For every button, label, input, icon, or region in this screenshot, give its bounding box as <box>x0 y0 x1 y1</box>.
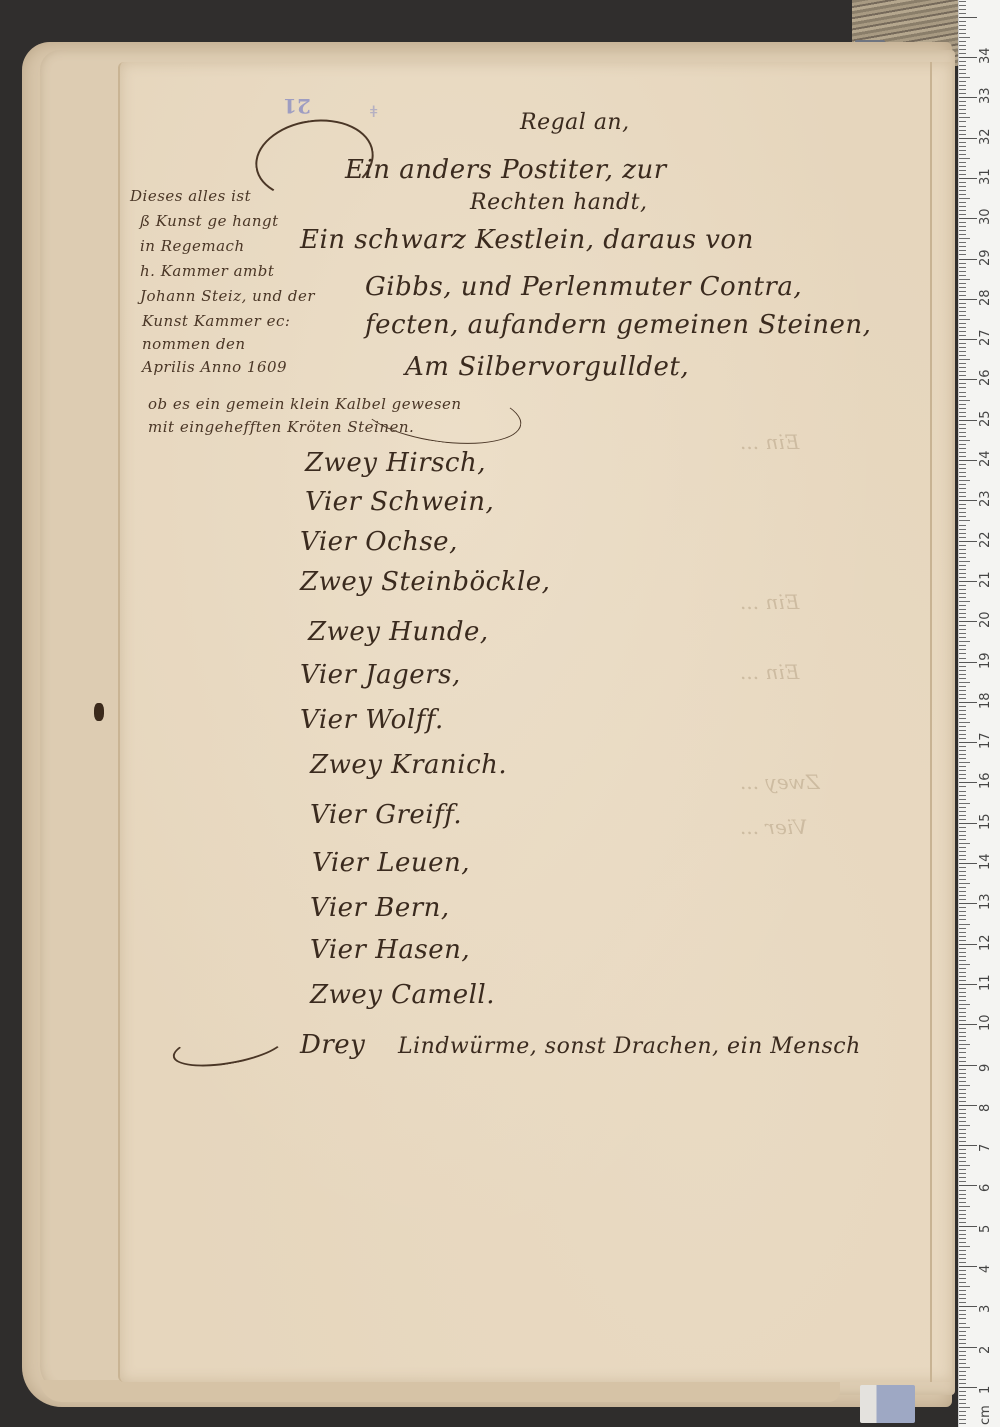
ruler-tick <box>959 1129 966 1130</box>
ruler-tick <box>959 1246 970 1247</box>
bleedthrough-line: Ein ... <box>740 430 799 454</box>
ruler-tick <box>959 1214 966 1215</box>
ruler-tick <box>959 126 966 127</box>
list-item: Zwey Kranich. <box>310 750 507 780</box>
ruler-tick <box>959 972 966 973</box>
ruler-tick <box>959 476 966 477</box>
ruler-tick <box>959 275 966 276</box>
ruler-tick <box>959 33 966 34</box>
ruler-tick <box>959 408 966 409</box>
bleedthrough-line: Zwey ... <box>740 770 820 794</box>
ruler-tick <box>959 859 966 860</box>
ruler-tick <box>959 1419 966 1420</box>
ruler-tick <box>959 1101 966 1102</box>
ruler-tick <box>959 1125 970 1126</box>
ruler-tick <box>959 629 966 630</box>
ruler-tick <box>959 400 970 401</box>
ruler-tick <box>959 170 966 171</box>
ruler-label: 17 <box>978 727 993 749</box>
ruler-tick <box>959 291 966 292</box>
ruler-tick <box>959 968 966 969</box>
ruler-tick <box>959 605 966 606</box>
ruler-tick <box>959 738 966 739</box>
ruler-tick <box>959 259 977 260</box>
ruler-tick <box>959 520 970 521</box>
ruler-tick <box>959 452 966 453</box>
ruler-tick <box>959 444 966 445</box>
ruler-tick <box>959 1282 966 1283</box>
ruler-tick <box>959 734 966 735</box>
ruler-tick <box>959 698 966 699</box>
ruler-tick <box>959 1375 966 1376</box>
ruler-tick <box>959 1222 966 1223</box>
ruler-tick <box>959 319 970 320</box>
ruler-tick <box>959 254 966 255</box>
ruler-tick <box>959 29 966 30</box>
ruler-tick <box>959 113 966 114</box>
ruler-tick <box>959 1040 966 1041</box>
ruler-tick <box>959 331 966 332</box>
ruler-tick <box>959 1109 966 1110</box>
heading-line-1: Ein anders Postiter, zur <box>345 155 667 185</box>
ruler-tick <box>959 613 966 614</box>
ruler-label: 26 <box>978 364 993 386</box>
ruler-tick <box>959 182 966 183</box>
ruler-tick <box>959 976 966 977</box>
ruler-tick <box>959 1169 966 1170</box>
bleedthrough-line: Vier ... <box>740 815 807 839</box>
ruler-tick <box>959 355 966 356</box>
ruler-tick <box>959 387 966 388</box>
ruler-tick <box>959 242 966 243</box>
ruler-tick <box>959 774 966 775</box>
ruler-tick <box>959 984 977 985</box>
ruler-tick <box>959 1230 966 1231</box>
ruler-tick <box>959 464 966 465</box>
ruler-tick <box>959 1407 970 1408</box>
ruler-tick <box>959 174 966 175</box>
ruler-tick <box>959 1012 966 1013</box>
list-item: Zwey Hunde, <box>308 617 489 647</box>
ruler-tick <box>959 1141 966 1142</box>
ruler-tick <box>959 492 966 493</box>
ruler-tick <box>959 1016 966 1017</box>
ruler-tick <box>959 706 966 707</box>
ruler-tick <box>959 210 966 211</box>
ruler-tick <box>959 992 966 993</box>
ruler-tick <box>959 500 977 501</box>
ruler-label: 11 <box>978 969 993 991</box>
ruler-tick <box>959 5 966 6</box>
ruler-tick <box>959 1052 966 1053</box>
ruler-tick <box>959 1177 966 1178</box>
ruler-tick <box>959 1097 966 1098</box>
ruler-unit-label: cm <box>978 1403 993 1425</box>
ruler-label: 8 <box>978 1090 993 1112</box>
ruler-label: 16 <box>978 767 993 789</box>
ruler-label: 10 <box>978 1009 993 1031</box>
ruler-tick <box>959 1190 966 1191</box>
ruler-tick <box>959 226 966 227</box>
ruler-label: 25 <box>978 405 993 427</box>
ruler-tick <box>959 1274 966 1275</box>
ruler-tick <box>959 1371 966 1372</box>
ruler-tick <box>959 645 966 646</box>
ruler-tick <box>959 658 966 659</box>
margin-note-line: Kunst Kammer ec: <box>142 312 290 330</box>
ruler-tick <box>959 879 966 880</box>
ruler-tick <box>959 130 966 131</box>
ruler-tick <box>959 1000 966 1001</box>
ruler-tick <box>959 674 966 675</box>
heading-line-2: Rechten handt, <box>470 190 647 215</box>
ruler-tick <box>959 1306 977 1307</box>
ruler-tick <box>959 1117 966 1118</box>
ruler-tick <box>959 1032 966 1033</box>
ruler-tick <box>959 1411 966 1412</box>
final-line-text: Lindwürme, sonst Drachen, ein Mensch <box>398 1034 861 1059</box>
ruler-tick <box>959 150 966 151</box>
margin-note-line: in Regemach <box>140 237 245 255</box>
ruler-tick <box>959 1113 966 1114</box>
ruler-tick <box>959 267 966 268</box>
ruler-tick <box>959 49 966 50</box>
ruler-tick <box>959 250 966 251</box>
ruler-tick <box>959 1218 966 1219</box>
ruler-tick <box>959 1165 970 1166</box>
ruler-tick <box>959 766 966 767</box>
ruler-tick <box>959 549 966 550</box>
ruler-label: 12 <box>978 929 993 951</box>
ruler-tick <box>959 1085 970 1086</box>
ruler-tick <box>959 758 966 759</box>
ruler-label: 28 <box>978 284 993 306</box>
ruler-tick <box>959 1323 966 1324</box>
ruler-label: 2 <box>978 1332 993 1354</box>
stamp-mark: ǂ <box>370 102 377 121</box>
ruler-tick <box>959 1290 966 1291</box>
ruler-tick <box>959 533 966 534</box>
ruler-tick <box>959 1181 966 1182</box>
ruler-tick <box>959 1327 970 1328</box>
ruler-tick <box>959 964 970 965</box>
ruler-tick <box>959 1121 966 1122</box>
ruler-tick <box>959 323 966 324</box>
ruler-tick <box>959 440 970 441</box>
margin-note-line: Dieses alles ist <box>130 187 251 205</box>
ruler-tick <box>959 263 966 264</box>
ruler-tick <box>959 682 970 683</box>
ruler-tick <box>959 1153 966 1154</box>
ruler-label: 22 <box>978 526 993 548</box>
ruler-label: 31 <box>978 163 993 185</box>
ruler-label: 27 <box>978 324 993 346</box>
ruler-tick <box>959 379 977 380</box>
ruler-tick <box>959 867 966 868</box>
ruler-tick <box>959 589 966 590</box>
ruler-tick <box>959 436 966 437</box>
ruler-tick <box>959 246 966 247</box>
ruler-tick <box>959 37 970 38</box>
ruler-tick <box>959 206 966 207</box>
ruler-label: 29 <box>978 244 993 266</box>
ruler-tick <box>959 690 966 691</box>
ruler-tick <box>959 956 966 957</box>
margin-note-line: ß Kunst ge hangt <box>140 212 279 230</box>
ruler-tick <box>959 295 966 296</box>
ruler-tick <box>959 307 966 308</box>
ruler-label: 34 <box>978 42 993 64</box>
ruler-tick <box>959 1194 966 1195</box>
ruler-tick <box>959 230 966 231</box>
ruler-tick <box>959 754 966 755</box>
ruler-tick <box>959 609 966 610</box>
ruler-tick <box>959 653 966 654</box>
ruler-tick <box>959 722 970 723</box>
ruler-tick <box>959 202 966 203</box>
ruler-tick <box>959 1036 966 1037</box>
ruler-tick <box>959 815 966 816</box>
ruler-tick <box>959 903 977 904</box>
ruler-tick <box>959 299 977 300</box>
ruler-tick <box>959 238 970 239</box>
ruler-tick <box>959 85 966 86</box>
margin-note-line: nommen den <box>142 335 246 353</box>
ruler-tick <box>959 53 966 54</box>
ruler-tick <box>959 791 966 792</box>
ruler-tick <box>959 105 966 106</box>
ruler-tick <box>959 271 966 272</box>
ruler-tick <box>959 633 966 634</box>
ruler-tick <box>959 831 966 832</box>
ruler-tick <box>959 121 966 122</box>
ruler-tick <box>959 1314 966 1315</box>
ruler-tick <box>959 637 966 638</box>
ruler-tick <box>959 367 966 368</box>
ruler-tick <box>959 1137 966 1138</box>
body-line: Gibbs, und Perlenmuter Contra, <box>365 272 802 302</box>
ruler-tick <box>959 843 970 844</box>
ruler-tick <box>959 432 966 433</box>
ruler-tick <box>959 718 966 719</box>
ruler-tick <box>959 142 966 143</box>
ruler-tick <box>959 819 966 820</box>
ruler-label: 7 <box>978 1130 993 1152</box>
ruler-label: 14 <box>978 848 993 870</box>
ruler-tick <box>959 101 966 102</box>
list-item: Zwey Steinböckle, <box>300 567 550 597</box>
ruler-tick <box>959 1310 966 1311</box>
list-item: Zwey Camell. <box>310 980 495 1010</box>
ruler-tick <box>959 835 966 836</box>
ruler-tick <box>959 198 970 199</box>
ruler-tick <box>959 1262 966 1263</box>
ruler-tick <box>959 77 970 78</box>
margin-note-line: Johann Steiz, und der <box>140 287 315 305</box>
ruler-label: 32 <box>978 123 993 145</box>
ruler-tick <box>959 504 966 505</box>
ruler-tick <box>959 1351 966 1352</box>
ruler-tick <box>959 617 966 618</box>
ruler-tick <box>959 194 966 195</box>
ruler-tick <box>959 948 966 949</box>
ruler-tick <box>959 428 966 429</box>
ruler-tick <box>959 404 966 405</box>
ruler-tick <box>959 795 966 796</box>
ruler-tick <box>959 383 966 384</box>
ruler-tick <box>959 545 966 546</box>
ruler-label: 24 <box>978 445 993 467</box>
ruler-tick <box>959 1105 977 1106</box>
ruler-tick <box>959 315 966 316</box>
ruler-tick <box>959 69 966 70</box>
ruler-tick <box>959 1278 966 1279</box>
ruler-label: 19 <box>978 647 993 669</box>
ruler-tick <box>959 343 966 344</box>
ruler-tick <box>959 146 966 147</box>
ruler-tick <box>959 1234 966 1235</box>
ruler-tick <box>959 468 966 469</box>
ruler-tick <box>959 73 966 74</box>
ruler-tick <box>959 496 966 497</box>
ruler-tick <box>959 593 966 594</box>
ruler-tick <box>959 577 966 578</box>
ruler-tick <box>959 919 966 920</box>
ruler-tick <box>959 186 966 187</box>
ruler-tick <box>959 770 966 771</box>
ruler-tick <box>959 1161 966 1162</box>
body-line: fecten, aufandern gemeinen Steinen, <box>365 310 871 340</box>
ruler-tick <box>959 17 977 18</box>
ruler-tick <box>959 347 966 348</box>
ruler-tick <box>959 1077 966 1078</box>
ruler-tick <box>959 392 966 393</box>
ruler-tick <box>959 924 970 925</box>
ruler-tick <box>959 89 966 90</box>
ruler-tick <box>959 1061 966 1062</box>
ruler-tick <box>959 1198 966 1199</box>
heading-superscript: Regal an, <box>520 110 630 135</box>
ruler-tick <box>959 782 977 783</box>
list-item: Vier Wolff. <box>300 705 444 735</box>
ruler-tick <box>959 1355 966 1356</box>
ruler-tick <box>959 1363 966 1364</box>
ruler-label: 6 <box>978 1170 993 1192</box>
ruler-tick <box>959 855 966 856</box>
ruler-tick <box>959 714 966 715</box>
ruler-tick <box>959 480 970 481</box>
ruler-tick <box>959 746 966 747</box>
ruler-tick <box>959 363 966 364</box>
ruler-tick <box>959 1294 966 1295</box>
ruler-tick <box>959 448 966 449</box>
ruler-tick <box>959 1423 966 1424</box>
ruler-tick <box>959 311 966 312</box>
ruler-tick <box>959 666 966 667</box>
ruler-tick <box>959 472 966 473</box>
ruler-tick <box>959 601 970 602</box>
ruler-tick <box>959 1302 966 1303</box>
ruler-tick <box>959 1206 970 1207</box>
folio-stamp: 21 <box>283 94 311 118</box>
ruler-tick <box>959 952 966 953</box>
ruler-tick <box>959 863 977 864</box>
ruler-tick <box>959 625 966 626</box>
ruler-tick <box>959 1008 966 1009</box>
ruler-tick <box>959 460 977 461</box>
ruler-tick <box>959 585 966 586</box>
bleedthrough-line: Ein ... <box>740 660 799 684</box>
ruler-tick <box>959 339 977 340</box>
ruler-tick <box>959 944 977 945</box>
ruler-tick <box>959 166 966 167</box>
sub-note-line: ob es ein gemein klein Kalbel gewesen <box>148 395 462 413</box>
ruler-tick <box>959 222 966 223</box>
ruler-tick <box>959 1399 966 1400</box>
ruler-tick <box>959 1093 966 1094</box>
ruler-tick <box>959 928 966 929</box>
ruler-tick <box>959 138 977 139</box>
sub-note-line: mit eingehefften Kröten Steinen. <box>148 418 414 436</box>
ruler-tick <box>959 1367 970 1368</box>
ruler-tick <box>959 1339 966 1340</box>
ruler-tick <box>959 1383 966 1384</box>
ruler-tick <box>959 1347 977 1348</box>
ruler-tick <box>959 980 966 981</box>
list-item: Vier Bern, <box>310 893 450 923</box>
margin-note-line: Aprilis Anno 1609 <box>142 358 287 376</box>
bleedthrough-line: Ein ... <box>740 590 799 614</box>
ruler-tick <box>959 484 966 485</box>
ruler-tick <box>959 1065 977 1066</box>
ruler-tick <box>959 1270 966 1271</box>
ruler-tick <box>959 1395 966 1396</box>
ruler-tick <box>959 1359 966 1360</box>
ruler-tick <box>959 932 966 933</box>
ruler-tick <box>959 1335 966 1336</box>
ruler-tick <box>959 1387 977 1388</box>
ruler-tick <box>959 109 966 110</box>
ruler-label: 33 <box>978 82 993 104</box>
ruler-tick <box>959 1202 966 1203</box>
ruler-tick <box>959 1024 977 1025</box>
ruler-tick <box>959 1173 966 1174</box>
ruler-tick <box>959 996 966 997</box>
manuscript-page <box>118 62 952 1382</box>
list-item: Vier Schwein, <box>305 487 494 517</box>
ruler-label: 13 <box>978 888 993 910</box>
body-line: Ein schwarz Kestlein, daraus von <box>300 225 754 255</box>
ruler-tick <box>959 569 966 570</box>
ruler-label: 3 <box>978 1291 993 1313</box>
ruler-tick <box>959 915 966 916</box>
ink-stain <box>94 703 104 721</box>
ruler-tick <box>959 871 966 872</box>
ruler-tick <box>959 702 977 703</box>
ruler-tick <box>959 327 966 328</box>
ruler-tick <box>959 940 966 941</box>
ruler-tick <box>959 420 977 421</box>
ruler-tick <box>959 218 977 219</box>
ruler-tick <box>959 1254 966 1255</box>
ruler-tick <box>959 1250 966 1251</box>
ruler-label: 21 <box>978 566 993 588</box>
ruler-tick <box>959 1343 966 1344</box>
ruler-tick <box>959 190 966 191</box>
list-item: Zwey Hirsch, <box>305 448 486 478</box>
ruler-tick <box>959 895 966 896</box>
ruler-tick <box>959 9 966 10</box>
